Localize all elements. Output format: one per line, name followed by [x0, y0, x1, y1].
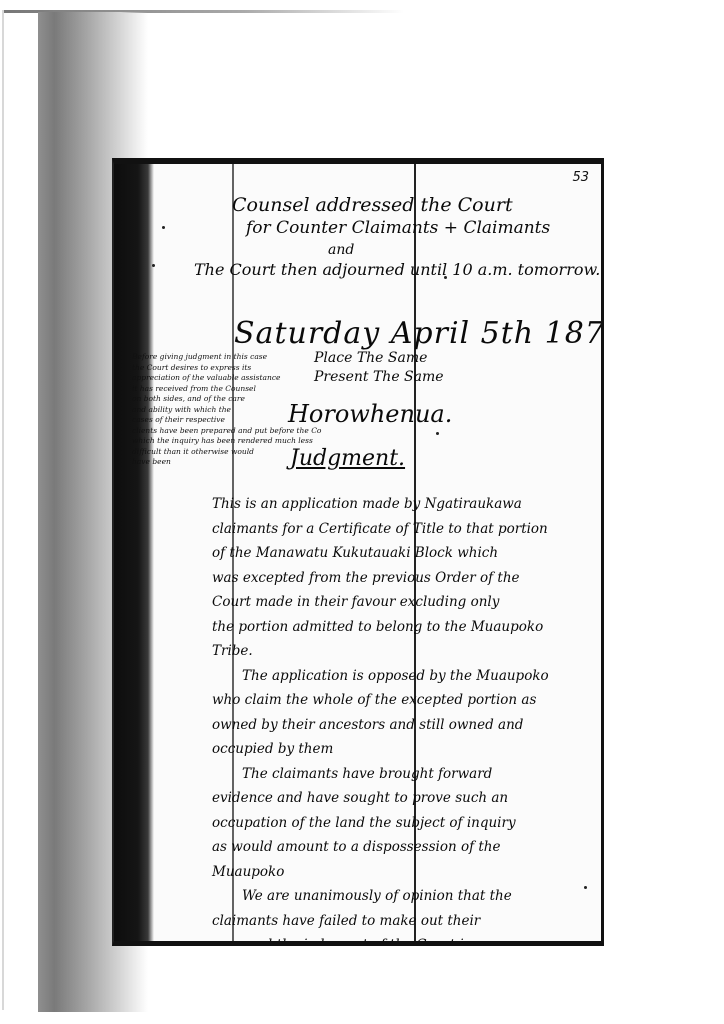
body-line: owned by their ancestors and still owned…: [212, 713, 597, 738]
ink-speck: [444, 276, 447, 279]
body-line: was excepted from the previous Order of …: [212, 566, 597, 591]
margin-note-line: cases of their respective: [132, 415, 322, 426]
margin-note-line: which the inquiry has been rendered much…: [132, 436, 322, 447]
margin-note-line: and ability with which the: [132, 405, 322, 416]
body-line: Muaupoko: [212, 860, 597, 885]
margin-note-line: on both sides, and of the care: [132, 394, 322, 405]
body-line: We are unanimously of opinion that the: [212, 884, 597, 909]
heading-line-and: and: [328, 242, 354, 258]
ink-speck: [584, 886, 587, 889]
judgment-body: This is an application made by Ngatirauk…: [212, 492, 597, 946]
margin-note-line: have been: [132, 457, 322, 468]
page-binding-edge: [114, 164, 154, 941]
body-line: Tribe.: [212, 639, 597, 664]
body-line: The application is opposed by the Muaupo…: [212, 664, 597, 689]
margin-note-line: difficult than it otherwise would: [132, 447, 322, 458]
session-place: Place The Same: [314, 350, 427, 366]
body-line: case and the judgment of the Court is: [212, 933, 597, 946]
manuscript-page: 53 Counsel addressed the Court for Count…: [112, 158, 604, 946]
margin-note: Before giving judgment in this case the …: [132, 352, 322, 468]
body-line: of the Manawatu Kukutauaki Block which: [212, 541, 597, 566]
margin-note-line: the Court desires to express its: [132, 363, 322, 374]
session-present: Present The Same: [314, 369, 444, 385]
body-line: the portion admitted to belong to the Mu…: [212, 615, 597, 640]
ink-speck: [152, 264, 155, 267]
heading-line-adjourned: The Court then adjourned until 10 a.m. t…: [194, 260, 600, 279]
page-number: 53: [572, 170, 589, 185]
ink-speck: [162, 226, 165, 229]
ink-speck: [436, 432, 439, 435]
heading-line-counsel: Counsel addressed the Court: [232, 194, 513, 216]
margin-note-line: it has received from the Counsel: [132, 384, 322, 395]
margin-note-line: Before giving judgment in this case: [132, 352, 322, 363]
body-line: evidence and have sought to prove such a…: [212, 786, 597, 811]
body-line: This is an application made by Ngatirauk…: [212, 492, 597, 517]
body-line: claimants for a Certificate of Title to …: [212, 517, 597, 542]
scan-edge: [2, 10, 4, 1010]
body-line: occupied by them: [212, 737, 597, 762]
body-line: as would amount to a dispossession of th…: [212, 835, 597, 860]
body-line: Court made in their favour excluding onl…: [212, 590, 597, 615]
margin-note-line: clients have been prepared and put befor…: [132, 426, 322, 437]
body-line: occupation of the land the subject of in…: [212, 811, 597, 836]
body-line: The claimants have brought forward: [212, 762, 597, 787]
body-line: claimants have failed to make out their: [212, 909, 597, 934]
session-date: Saturday April 5th 1873: [234, 316, 604, 351]
body-line: who claim the whole of the excepted port…: [212, 688, 597, 713]
margin-note-line: appreciation of the valuable assistance: [132, 373, 322, 384]
heading-line-claimants: for Counter Claimants + Claimants: [246, 218, 550, 238]
